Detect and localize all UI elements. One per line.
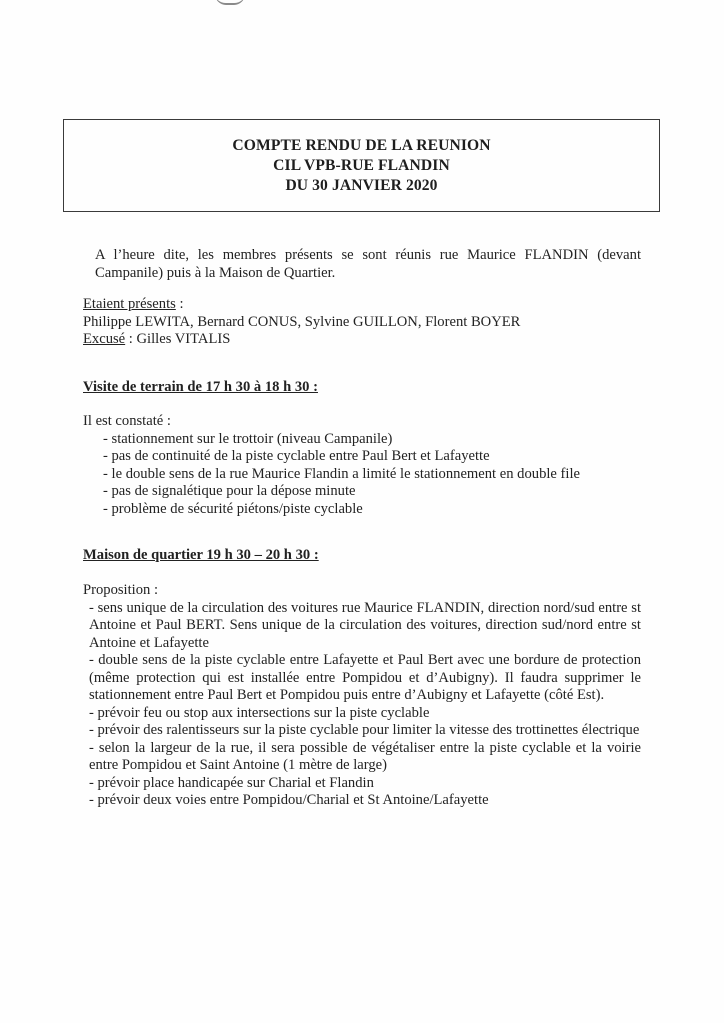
section-heading-site-visit: Visite de terrain de 17 h 30 à 18 h 30 :	[83, 379, 643, 397]
excused-line: Excusé : Gilles VITALIS	[83, 331, 643, 349]
list-item: - prévoir deux voies entre Pompidou/Char…	[89, 792, 641, 810]
observation-list: - stationnement sur le trottoir (niveau …	[83, 431, 643, 519]
attendance: Etaient présents : Philippe LEWITA, Bern…	[83, 296, 643, 349]
list-item: - prévoir feu ou stop aux intersections …	[89, 705, 641, 723]
list-item: - selon la largeur de la rue, il sera po…	[89, 740, 641, 775]
section-site-visit: Il est constaté : - stationnement sur le…	[83, 413, 643, 518]
present-names: Philippe LEWITA, Bernard CONUS, Sylvine …	[83, 314, 643, 332]
list-item: - pas de signalétique pour la dépose min…	[103, 483, 643, 501]
intro-paragraph: A l’heure dite, les membres présents se …	[95, 247, 641, 282]
excused-names: Gilles VITALIS	[137, 331, 231, 347]
title-line-1: COMPTE RENDU DE LA REUNION	[232, 136, 490, 156]
present-label: Etaient présents	[83, 296, 176, 312]
list-item: - sens unique de la circulation des voit…	[89, 600, 641, 653]
list-item: - pas de continuité de la piste cyclable…	[103, 448, 643, 466]
proposal-list: - sens unique de la circulation des voit…	[83, 600, 641, 810]
title-box: COMPTE RENDU DE LA REUNION CIL VPB-RUE F…	[63, 119, 660, 212]
list-item: - prévoir des ralentisseurs sur la piste…	[89, 722, 641, 740]
list-item: - prévoir place handicapée sur Charial e…	[89, 775, 641, 793]
section-lead: Il est constaté :	[83, 413, 643, 431]
title-line-3: DU 30 JANVIER 2020	[285, 176, 437, 196]
present-line: Etaient présents :	[83, 296, 643, 314]
title-line-2: CIL VPB-RUE FLANDIN	[273, 156, 450, 176]
list-item: - stationnement sur le trottoir (niveau …	[103, 431, 643, 449]
scan-artifact-mark	[215, 0, 245, 5]
section-lead: Proposition :	[83, 582, 643, 600]
list-item: - double sens de la piste cyclable entre…	[89, 652, 641, 705]
list-item: - le double sens de la rue Maurice Fland…	[103, 466, 643, 484]
section-maison-quartier: Proposition : - sens unique de la circul…	[83, 582, 643, 810]
excused-label: Excusé	[83, 331, 125, 347]
section-heading-maison-quartier: Maison de quartier 19 h 30 – 20 h 30 :	[83, 547, 643, 565]
list-item: - problème de sécurité piétons/piste cyc…	[103, 501, 643, 519]
